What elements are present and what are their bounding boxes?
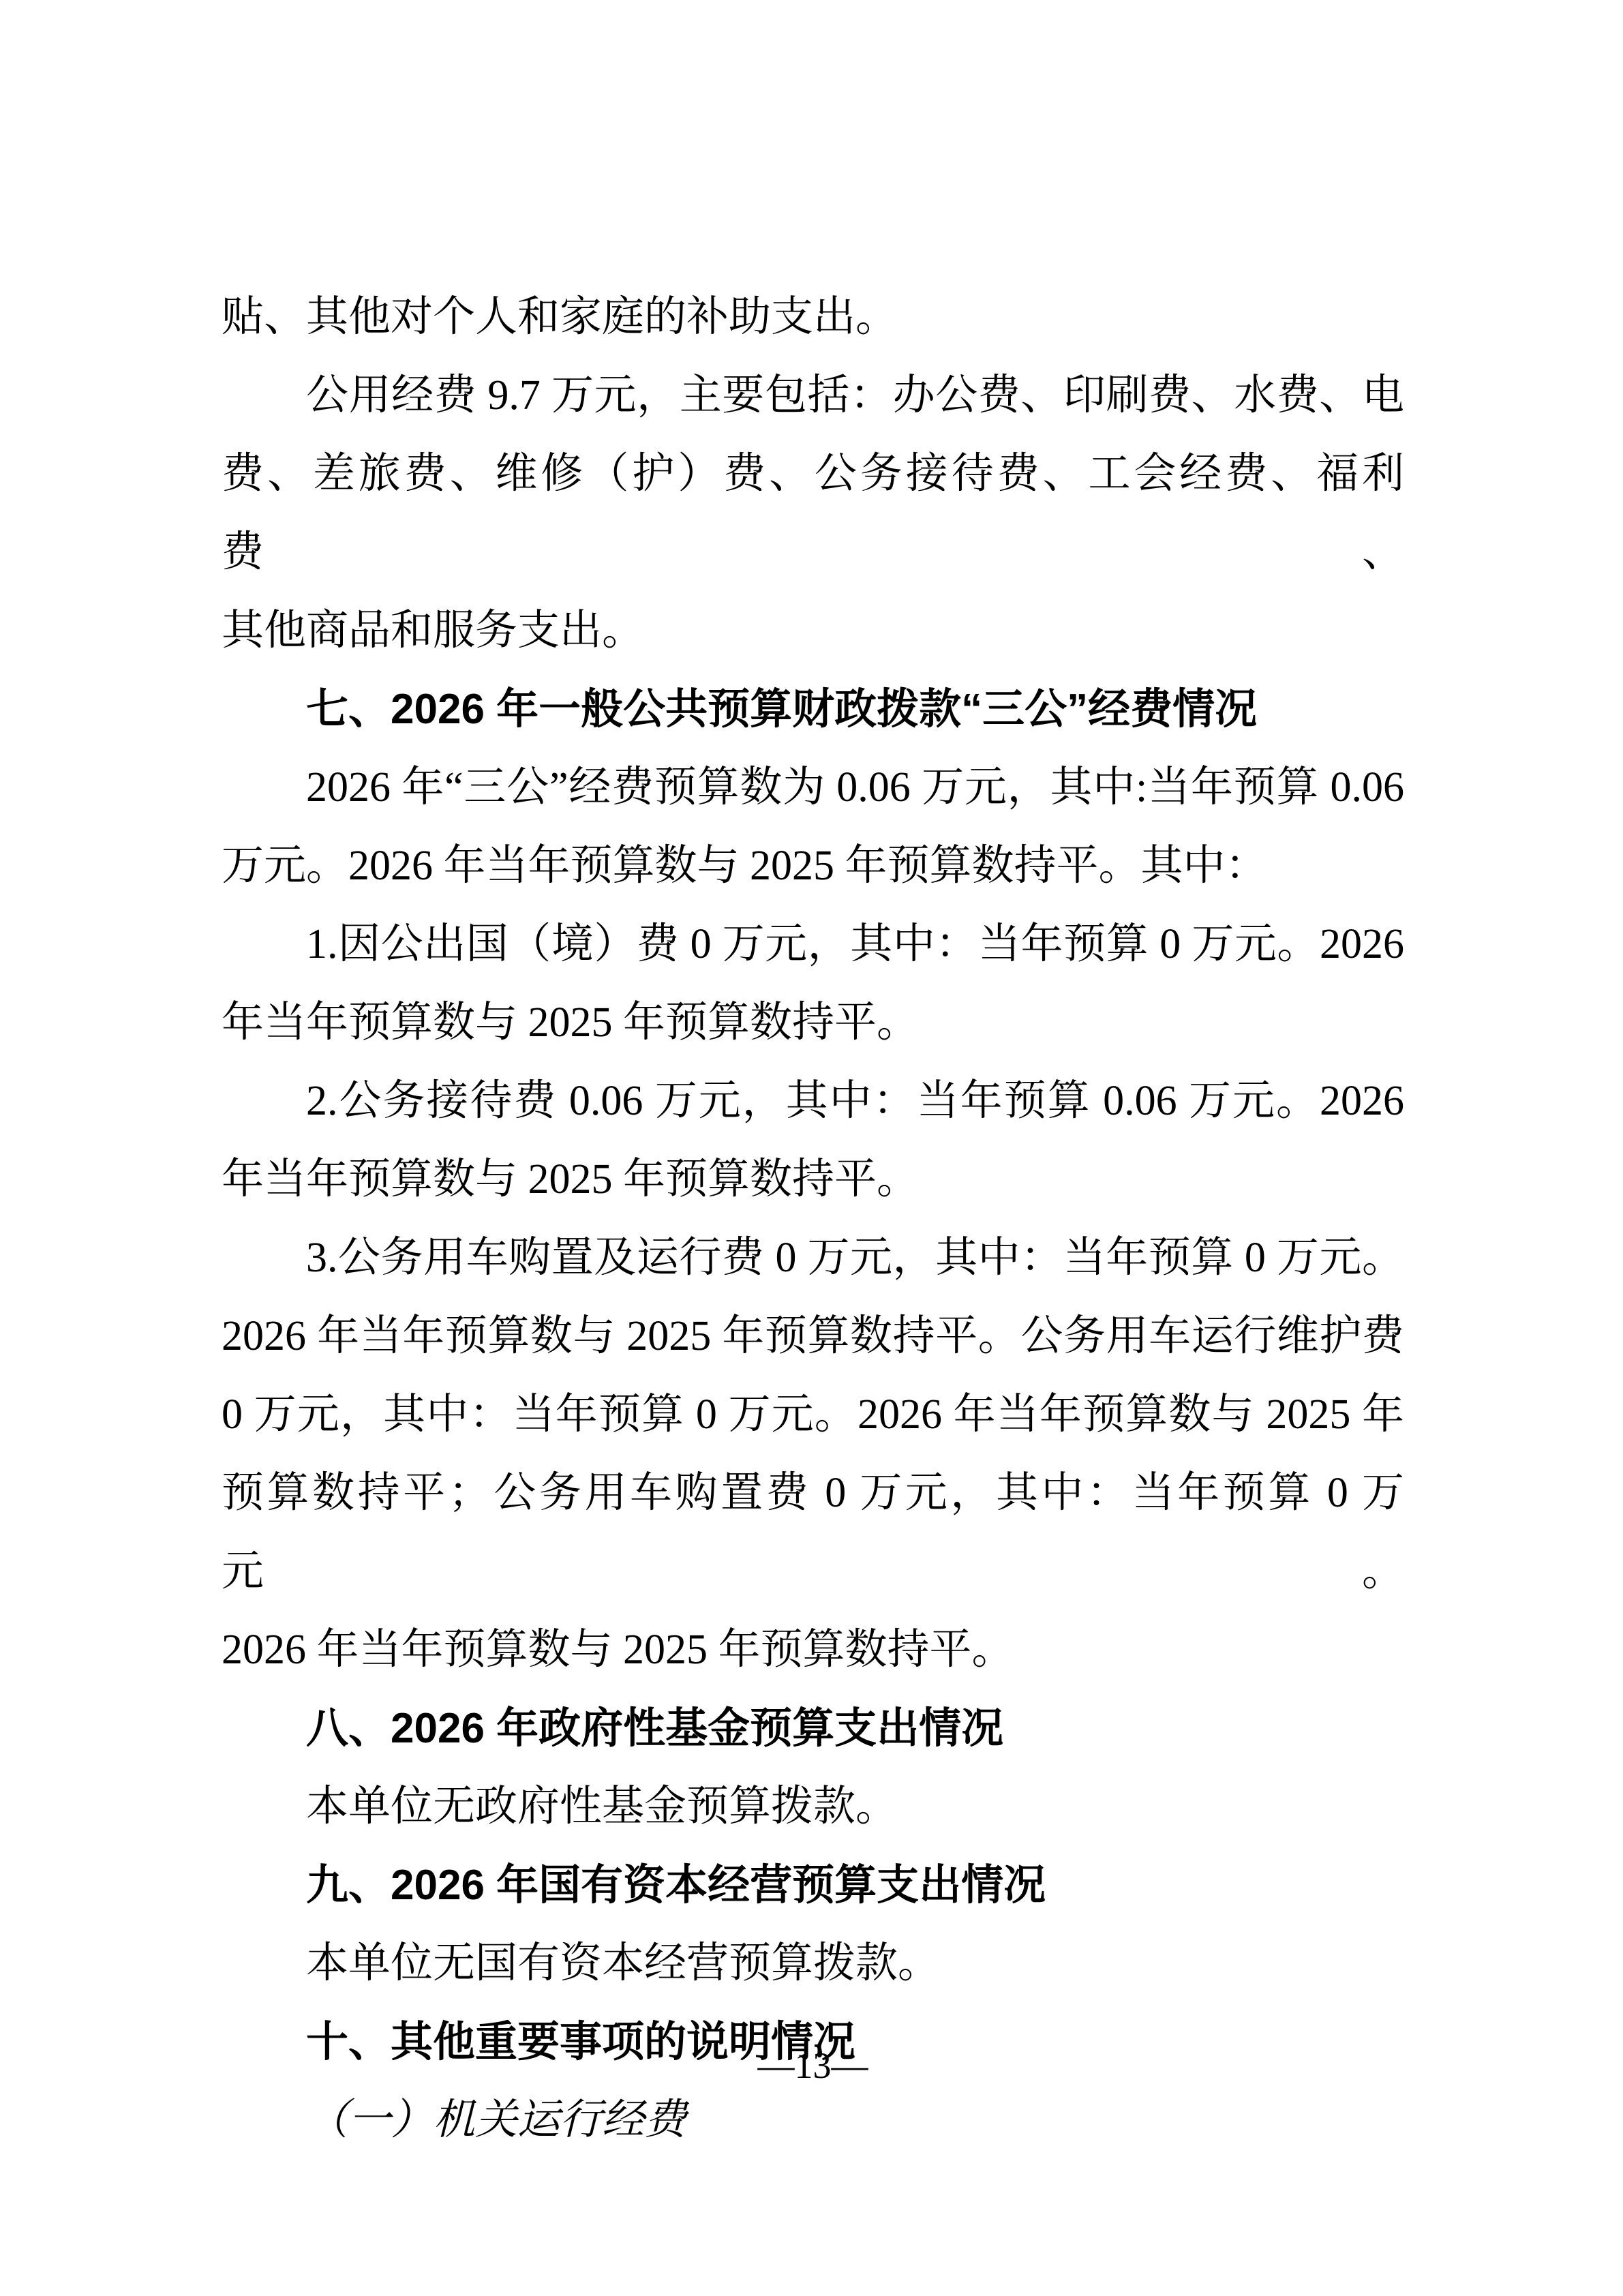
- body-line-item-3: 3.公务用车购置及运行费 0 万元，其中：当年预算 0 万元。: [222, 1219, 1404, 1297]
- body-line: 万元。2026 年当年预算数与 2025 年预算数持平。其中：: [222, 827, 1404, 905]
- body-line: 预算数持平；公务用车购置费 0 万元，其中：当年预算 0 万元。: [222, 1454, 1404, 1611]
- page-number: —13—: [222, 2044, 1404, 2087]
- body-line: 贴、其他对个人和家庭的补助支出。: [222, 278, 1404, 357]
- body-line: 其他商品和服务支出。: [222, 592, 1404, 670]
- body-line: 公用经费 9.7 万元，主要包括：办公费、印刷费、水费、电: [222, 357, 1404, 435]
- body-line: 年当年预算数与 2025 年预算数持平。: [222, 984, 1404, 1062]
- heading-section-nine: 九、2026 年国有资本经营预算支出情况: [222, 1846, 1404, 1924]
- body-line: 0 万元，其中：当年预算 0 万元。2026 年当年预算数与 2025 年: [222, 1376, 1404, 1454]
- heading-section-seven: 七、2026 年一般公共预算财政拨款“三公”经费情况: [222, 670, 1404, 749]
- body-line: 2026 年当年预算数与 2025 年预算数持平。: [222, 1611, 1404, 1689]
- body-line: 本单位无政府性基金预算拨款。: [222, 1768, 1404, 1846]
- subheading-agency-operating-expense: （一）机关运行经费: [222, 2081, 1404, 2160]
- body-line: 年当年预算数与 2025 年预算数持平。: [222, 1141, 1404, 1219]
- document-body: 贴、其他对个人和家庭的补助支出。 公用经费 9.7 万元，主要包括：办公费、印刷…: [222, 278, 1404, 2160]
- body-line: 本单位无国有资本经营预算拨款。: [222, 1924, 1404, 2003]
- body-line-item-1: 1.因公出国（境）费 0 万元，其中：当年预算 0 万元。2026: [222, 905, 1404, 984]
- document-page: 贴、其他对个人和家庭的补助支出。 公用经费 9.7 万元，主要包括：办公费、印刷…: [0, 0, 1623, 2296]
- body-line: 2026 年“三公”经费预算数为 0.06 万元，其中:当年预算 0.06: [222, 749, 1404, 827]
- body-line-item-2: 2.公务接待费 0.06 万元，其中：当年预算 0.06 万元。2026: [222, 1062, 1404, 1141]
- body-line: 费、差旅费、维修（护）费、公务接待费、工会经费、福利费、: [222, 435, 1404, 592]
- body-line: 2026 年当年预算数与 2025 年预算数持平。公务用车运行维护费: [222, 1297, 1404, 1376]
- heading-section-eight: 八、2026 年政府性基金预算支出情况: [222, 1689, 1404, 1768]
